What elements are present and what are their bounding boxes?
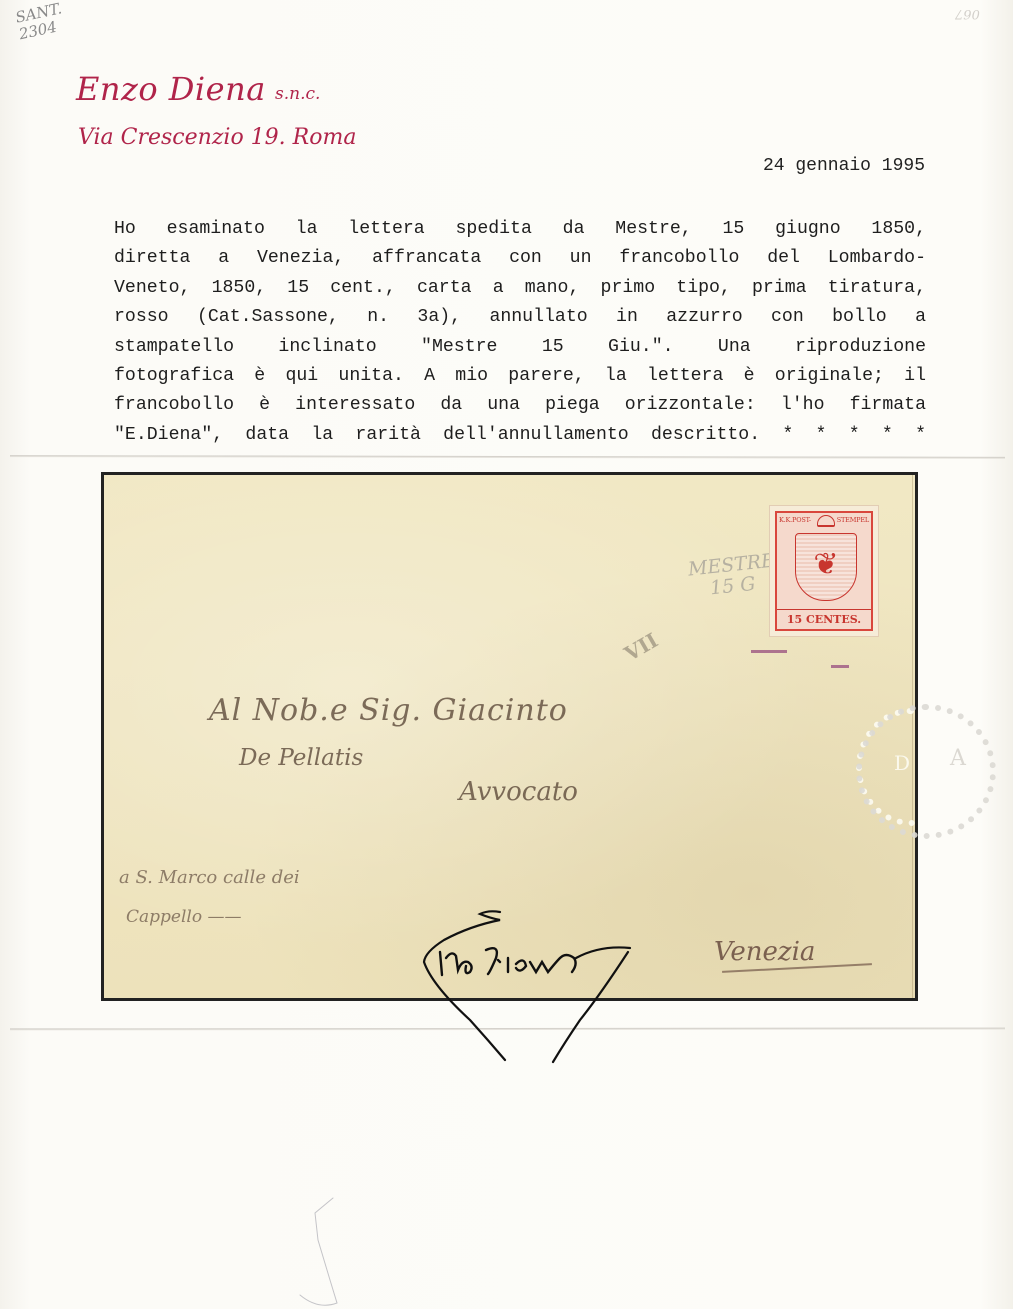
letterhead-company-suffix: s.n.c. [275,84,320,104]
cover-photograph: MESTRE 15 G VII K.K.POST- STEMPEL ❦ 15 C… [101,472,918,1001]
stamp-top-right-text: STEMPEL [837,516,869,524]
eagle-icon: ❦ [812,547,840,583]
address-line-title: Avvocato [459,777,578,807]
body-line: Veneto, 1850, 15 cent., carta a mano, pr… [114,274,926,303]
body-line: "E.Diena", data la rarità dell'annullame… [114,421,926,450]
embossed-seal-text: A [950,746,966,771]
violet-marking [751,650,787,653]
paper-fold-line [10,1028,1005,1031]
handstamp-mark: VII [620,628,662,666]
body-line: rosso (Cat.Sassone, n. 3a), annullato in… [114,303,926,332]
postage-stamp: K.K.POST- STEMPEL ❦ 15 CENTES. [769,505,879,637]
paper-fold-line [10,455,1005,459]
stamp-top-left-text: K.K.POST- [779,516,811,524]
corner-show-through-note: 067 [955,6,980,21]
crown-icon [817,515,835,527]
letterhead-address: Via Crescenzio 19. Roma [78,125,356,150]
body-line: stampatello inclinato "Mestre 15 Giu.". … [114,333,926,362]
address-line-surname: De Pellatis [239,745,363,771]
stamp-frame: K.K.POST- STEMPEL ❦ 15 CENTES. [775,511,873,631]
body-line: fotografica è qui unita. A mio parere, l… [114,362,926,391]
violet-marking [831,665,849,668]
body-line: francobollo è interessato da una piega o… [114,391,926,420]
address-line-city: Venezia [714,937,815,967]
postmark-cancel: MESTRE 15 G [687,551,778,602]
certificate-sheet: SANT. 2304 067 Enzo Diena s.n.c. Via Cre… [0,0,1013,1309]
body-line: Ho esaminato la lettera spedita da Mestr… [114,215,926,244]
certificate-body: Ho esaminato la lettera spedita da Mestr… [114,215,926,450]
pencil-inventory-note: SANT. 2304 [14,0,67,43]
address-line-street2: Cappello —— [126,907,241,927]
stamp-value: 15 CENTES. [777,609,871,629]
certificate-date: 24 gennaio 1995 [763,156,925,176]
embossed-seal-icon [856,704,996,839]
letterhead-name: Enzo Diena [76,70,266,108]
address-line-street: a S. Marco calle dei [119,867,300,888]
body-line: diretta a Venezia, affrancata con un fra… [114,244,926,273]
address-line-recipient: Al Nob.e Sig. Giacinto [209,693,568,728]
